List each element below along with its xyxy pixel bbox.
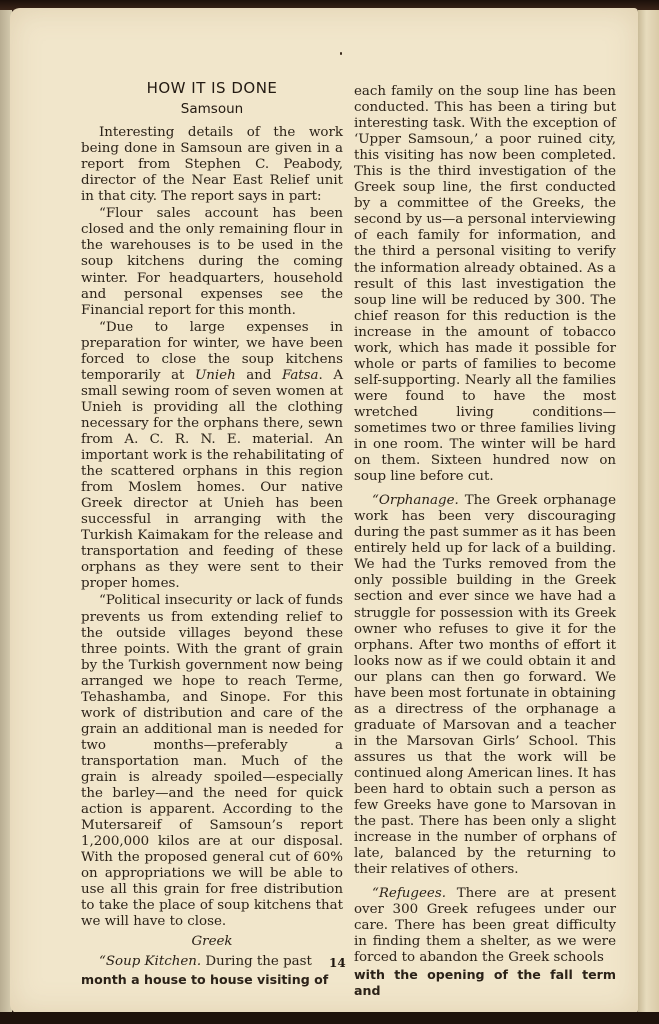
page-number: 14: [329, 956, 346, 970]
run-in-title-orphanage: “Orphanage.: [372, 493, 459, 508]
page-fold-shadow: [638, 10, 659, 1012]
paragraph-refugees: “Refugees. There are at present over 300…: [354, 886, 616, 966]
paragraph-orphanage: “Orphanage. The Greek orphanage work has…: [354, 493, 616, 878]
text-run: . A small sewing room of seven women at …: [81, 368, 343, 592]
paragraph-political-insecurity: “Political insecurity or lack of funds p…: [81, 593, 343, 930]
left-column: HOW IT IS DONE Samsoun Interesting detai…: [81, 80, 343, 988]
run-in-title-refugees: “Refugees.: [372, 886, 446, 901]
paragraph-flour-sales: “Flour sales account has been closed and…: [81, 206, 343, 318]
paragraph-expenses: “Due to large expenses in preparation fo…: [81, 320, 343, 593]
paragraph-soup-line-continued: each family on the soup line has been co…: [354, 84, 616, 485]
paper-speck: [340, 52, 342, 55]
place-fatsa: Fatsa: [282, 368, 319, 383]
text-run: and: [236, 368, 282, 383]
paragraph-continuation-line: month a house to house visiting of: [81, 972, 343, 988]
run-in-title-soup-kitchen: “Soup Kitchen.: [99, 954, 201, 969]
paragraph-soup-kitchen: “Soup Kitchen. During the past: [81, 954, 343, 970]
text-run: The Greek orphanage work has been very d…: [354, 493, 616, 877]
section-heading-greek: Greek: [81, 934, 343, 950]
right-column: each family on the soup line has been co…: [354, 84, 616, 999]
place-unieh: Unieh: [195, 368, 236, 383]
text-run: During the past: [201, 954, 312, 969]
binding-bottom-edge: [0, 1012, 659, 1024]
paragraph-final-line: with the opening of the fall term and: [354, 967, 616, 999]
article-headline: HOW IT IS DONE: [81, 80, 343, 96]
article-subhead: Samsoun: [81, 101, 343, 117]
paragraph-intro: Interesting details of the work being do…: [81, 125, 343, 205]
